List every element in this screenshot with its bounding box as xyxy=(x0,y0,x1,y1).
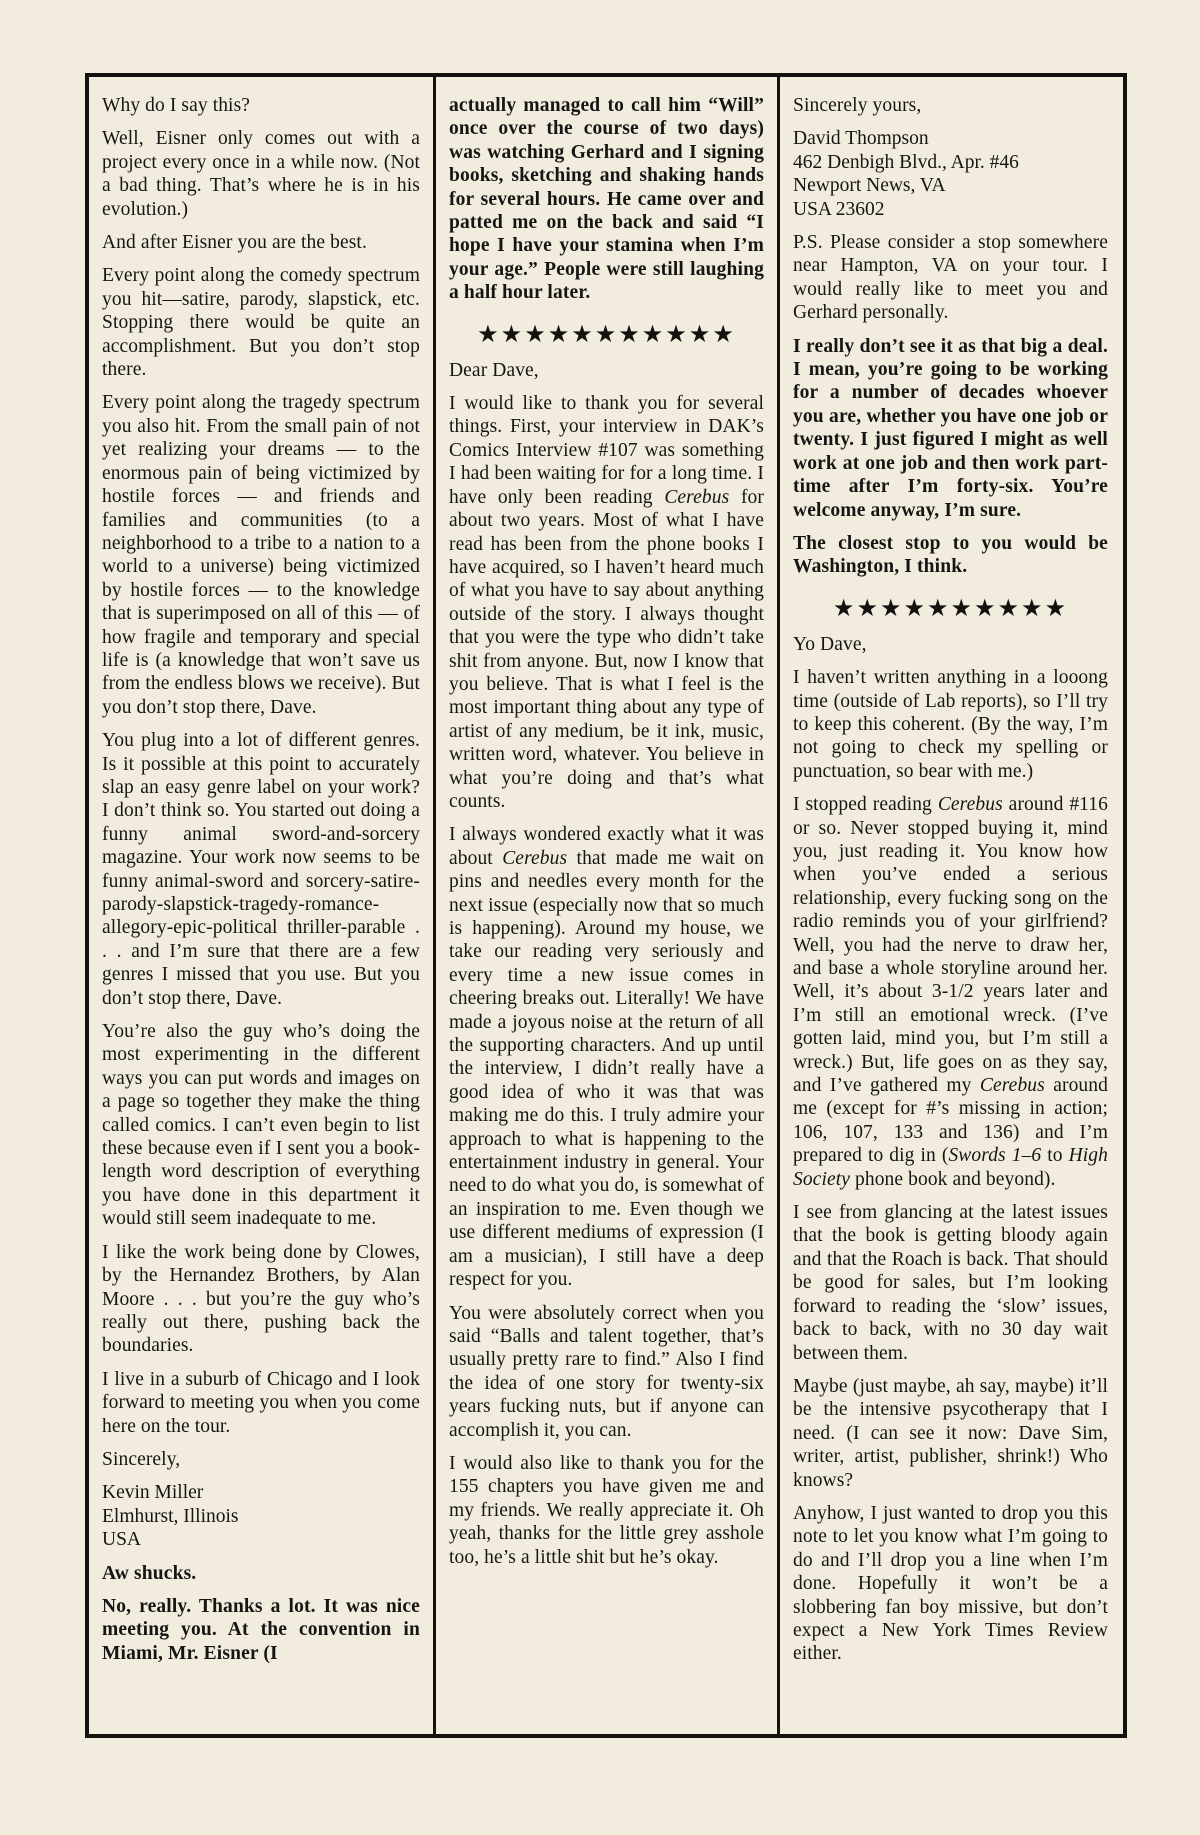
letter-paragraph: I stopped reading Cerebus around #116 or… xyxy=(793,793,1108,1191)
signature-line: Newport News, VA xyxy=(793,175,946,196)
italic-title: Cerebus xyxy=(502,848,567,869)
letter-paragraph: And after Eisner you are the best. xyxy=(102,231,420,254)
letter-paragraph: Anyhow, I just wanted to drop you this n… xyxy=(793,1502,1108,1666)
editor-reply-paragraph: actually managed to call him “Will” once… xyxy=(449,94,764,305)
letter-signature-block: David Thompson462 Denbigh Blvd., Apr. #4… xyxy=(793,127,1108,221)
letter-paragraph: Every point along the comedy spectrum yo… xyxy=(102,264,420,381)
signature-line: Elmhurst, Illinois xyxy=(102,1506,239,1527)
editor-reply-paragraph: Aw shucks. xyxy=(102,1562,420,1585)
star-divider: ★★★★★★★★★★★ xyxy=(449,321,764,347)
star-divider: ★★★★★★★★★★ xyxy=(793,595,1108,621)
italic-title: Swords 1–6 xyxy=(948,1145,1041,1166)
italic-title: Cerebus xyxy=(938,794,1003,815)
editor-reply-paragraph: I really don’t see it as that big a deal… xyxy=(793,335,1108,522)
letter-paragraph: Well, Eisner only comes out with a proje… xyxy=(102,127,420,221)
signature-line: USA xyxy=(102,1529,141,1550)
letter-paragraph: Sincerely, xyxy=(102,1448,420,1471)
signature-line: 462 Denbigh Blvd., Apr. #46 xyxy=(793,152,1019,173)
letter-paragraph: You plug into a lot of different genres.… xyxy=(102,729,420,1010)
letters-column-3: Sincerely yours,David Thompson462 Denbig… xyxy=(777,77,1121,1734)
letter-paragraph: P.S. Please consider a stop somewhere ne… xyxy=(793,231,1108,325)
letter-paragraph: I like the work being done by Clowes, by… xyxy=(102,1241,420,1358)
letter-paragraph: Dear Dave, xyxy=(449,359,764,382)
italic-title: Cerebus xyxy=(980,1075,1045,1096)
letters-page-frame: Why do I say this?Well, Eisner only come… xyxy=(85,73,1127,1738)
letter-paragraph: I always wondered exactly what it was ab… xyxy=(449,823,764,1291)
scanned-letters-page: Why do I say this?Well, Eisner only come… xyxy=(0,0,1200,1835)
signature-line: USA 23602 xyxy=(793,199,885,220)
letters-column-1: Why do I say this?Well, Eisner only come… xyxy=(89,77,433,1734)
editor-reply-paragraph: The closest stop to you would be Washing… xyxy=(793,532,1108,579)
letter-paragraph: You were absolutely correct when you sai… xyxy=(449,1302,764,1442)
letter-paragraph: Why do I say this? xyxy=(102,94,420,117)
letter-paragraph: Maybe (just maybe, ah say, maybe) it’ll … xyxy=(793,1375,1108,1492)
letter-signature-block: Kevin MillerElmhurst, IllinoisUSA xyxy=(102,1481,420,1551)
letter-paragraph: Every point along the tragedy spectrum y… xyxy=(102,391,420,719)
signature-line: David Thompson xyxy=(793,128,929,149)
italic-title: Cerebus xyxy=(664,487,729,508)
letter-paragraph: I see from glancing at the latest issues… xyxy=(793,1201,1108,1365)
letter-paragraph: Sincerely yours, xyxy=(793,94,1108,117)
signature-line: Kevin Miller xyxy=(102,1482,203,1503)
letter-paragraph: I would also like to thank you for the 1… xyxy=(449,1452,764,1569)
editor-reply-paragraph: No, really. Thanks a lot. It was nice me… xyxy=(102,1595,420,1665)
letter-paragraph: You’re also the guy who’s doing the most… xyxy=(102,1020,420,1231)
letter-paragraph: I live in a suburb of Chicago and I look… xyxy=(102,1368,420,1438)
letter-paragraph: Yo Dave, xyxy=(793,633,1108,656)
letter-paragraph: I would like to thank you for several th… xyxy=(449,392,764,813)
letter-paragraph: I haven’t written anything in a looong t… xyxy=(793,666,1108,783)
letters-column-2: actually managed to call him “Will” once… xyxy=(433,77,777,1734)
